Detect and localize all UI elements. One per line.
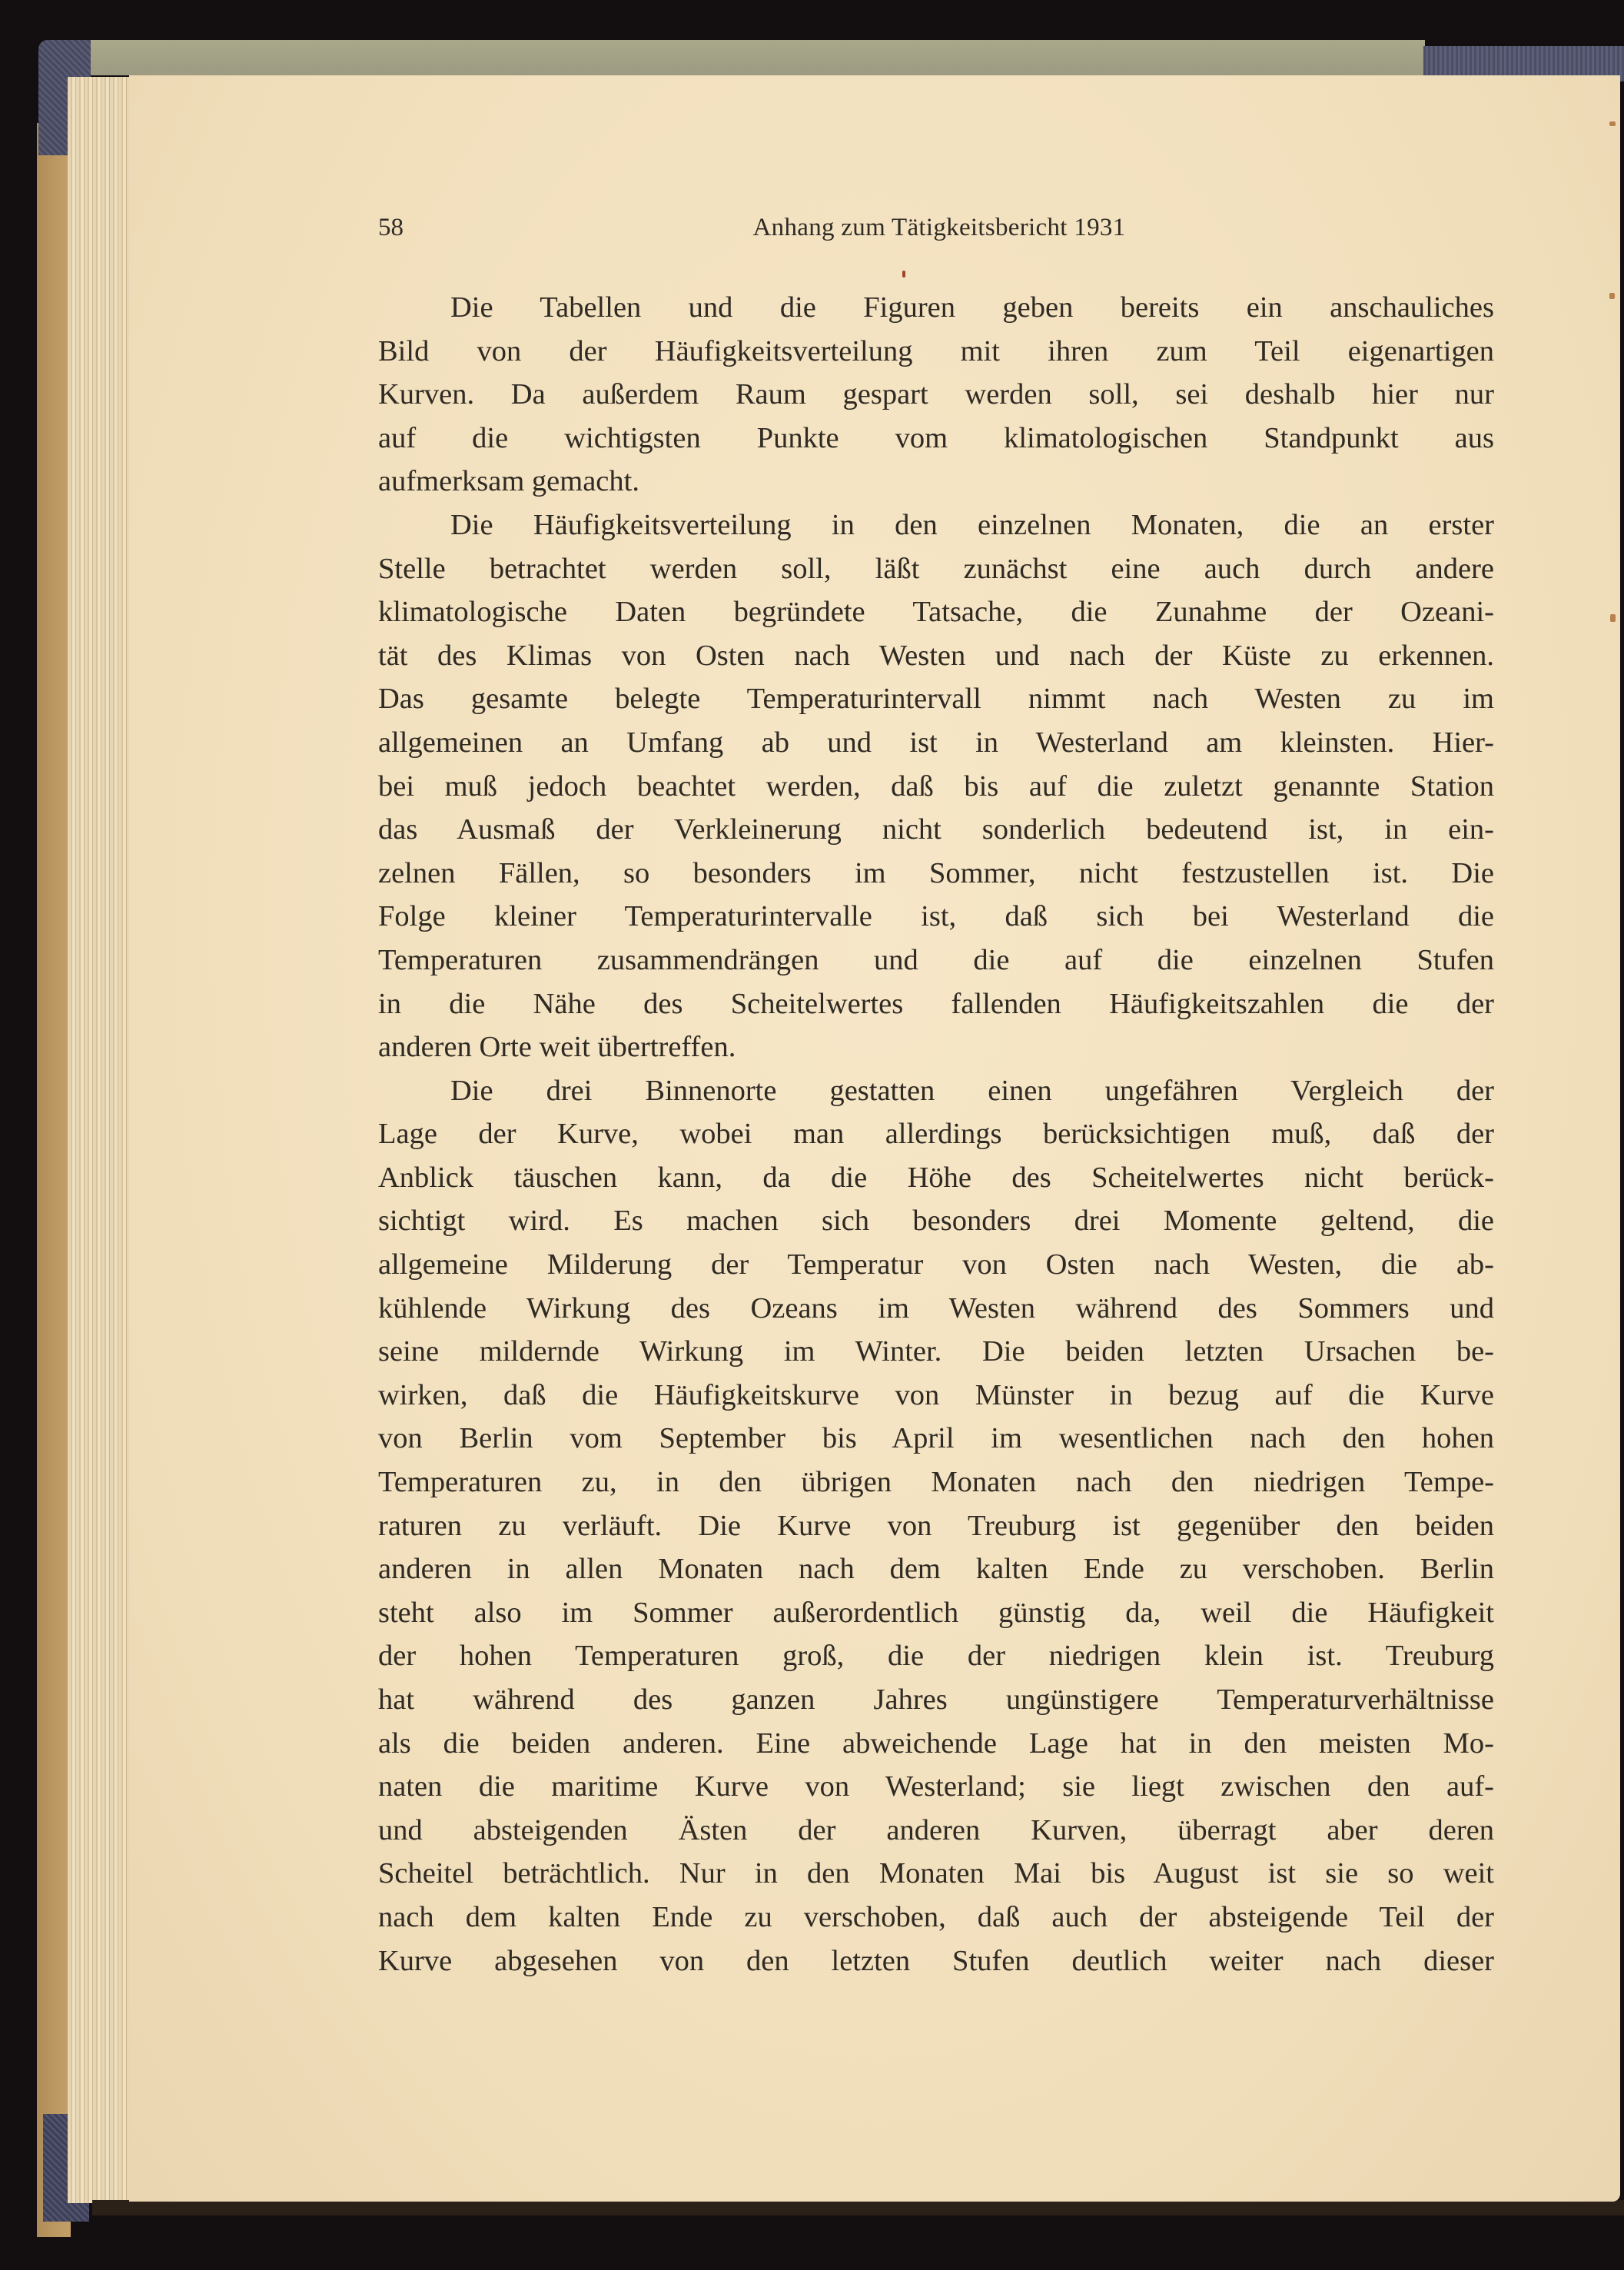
text-line: als die beiden anderen. Eine abweichende…	[378, 1722, 1494, 1766]
paragraph: Die drei Binnenorte gestatten einen unge…	[378, 1069, 1494, 1983]
paper-speck	[902, 271, 905, 278]
text-line: Temperaturen zu, in den übrigen Monaten …	[378, 1461, 1494, 1504]
text-line: nach dem kalten Ende zu verschoben, daß …	[378, 1896, 1494, 1939]
text-line: der hohen Temperaturen groß, die der nie…	[378, 1634, 1494, 1678]
text-line: und absteigenden Ästen der anderen Kurve…	[378, 1809, 1494, 1853]
text-line: in die Nähe des Scheitelwertes fallenden…	[378, 982, 1494, 1026]
text-line: klimatologische Daten begründete Tatsach…	[378, 590, 1494, 634]
running-title: Anhang zum Tätigkeitsbericht 1931	[378, 214, 1500, 242]
text-line: seine mildernde Wirkung im Winter. Die b…	[378, 1330, 1494, 1374]
text-line: allgemeine Milderung der Temperatur von …	[378, 1243, 1494, 1287]
text-line: steht also im Sommer außerordentlich gün…	[378, 1591, 1494, 1635]
text-line: Temperaturen zusammendrängen und die auf…	[378, 939, 1494, 982]
paper-speck	[1610, 614, 1616, 622]
book-top-edge-strip	[89, 40, 1425, 75]
text-line: Lage der Kurve, wobei man allerdings ber…	[378, 1112, 1494, 1156]
text-line: bei muß jedoch beachtet werden, daß bis …	[378, 765, 1494, 809]
text-line: Das gesamte belegte Temperaturintervall …	[378, 677, 1494, 721]
text-line: Kurve abgesehen von den letzten Stufen d…	[378, 1939, 1494, 1983]
text-line: hat während des ganzen Jahres ungünstige…	[378, 1678, 1494, 1722]
text-line: Folge kleiner Temperaturintervalle ist, …	[378, 895, 1494, 939]
text-line: sichtigt wird. Es machen sich besonders …	[378, 1199, 1494, 1243]
text-line: Die Tabellen und die Figuren geben berei…	[378, 286, 1494, 330]
text-line: Kurven. Da außerdem Raum gespart werden …	[378, 373, 1494, 417]
text-line: raturen zu verläuft. Die Kurve von Treub…	[378, 1504, 1494, 1548]
text-line: auf die wichtigsten Punkte vom klimatolo…	[378, 417, 1494, 460]
page-stack-edges	[68, 77, 131, 2203]
paragraph: Die Tabellen und die Figuren geben berei…	[378, 286, 1494, 504]
book-bottom-edge	[92, 2200, 1624, 2215]
text-line: aufmerksam gemacht.	[378, 460, 1494, 504]
paper-speck	[1609, 293, 1615, 299]
text-line: Stelle betrachtet werden soll, läßt zunä…	[378, 547, 1494, 591]
text-line: von Berlin vom September bis April im we…	[378, 1417, 1494, 1461]
text-line: das Ausmaß der Verkleinerung nicht sonde…	[378, 808, 1494, 852]
paragraph: Die Häufigkeitsverteilung in den einzeln…	[378, 504, 1494, 1069]
text-line: anderen in allen Monaten nach dem kalten…	[378, 1547, 1494, 1591]
book-endpaper-left	[37, 123, 71, 2237]
text-line: Scheitel beträchtlich. Nur in den Monate…	[378, 1852, 1494, 1896]
text-line: Die drei Binnenorte gestatten einen unge…	[378, 1069, 1494, 1113]
text-line: zelnen Fällen, so besonders im Sommer, n…	[378, 852, 1494, 896]
text-line: tät des Klimas von Osten nach Westen und…	[378, 634, 1494, 678]
text-line: wirken, daß die Häufigkeitskurve von Mün…	[378, 1374, 1494, 1418]
text-line: Anblick täuschen kann, da die Höhe des S…	[378, 1156, 1494, 1200]
text-line: Die Häufigkeitsverteilung in den einzeln…	[378, 504, 1494, 547]
body-text: Die Tabellen und die Figuren geben berei…	[378, 286, 1494, 1983]
text-line: naten die maritime Kurve von Westerland;…	[378, 1765, 1494, 1809]
text-line: kühlende Wirkung des Ozeans im Westen wä…	[378, 1287, 1494, 1331]
text-line: anderen Orte weit übertreffen.	[378, 1025, 1494, 1069]
page-header: 58 Anhang zum Tätigkeitsbericht 1931	[378, 214, 1500, 252]
text-line: Bild von der Häufigkeitsverteilung mit i…	[378, 330, 1494, 374]
paper-speck	[1609, 121, 1616, 126]
text-line: allgemeinen an Umfang ab und ist in West…	[378, 721, 1494, 765]
